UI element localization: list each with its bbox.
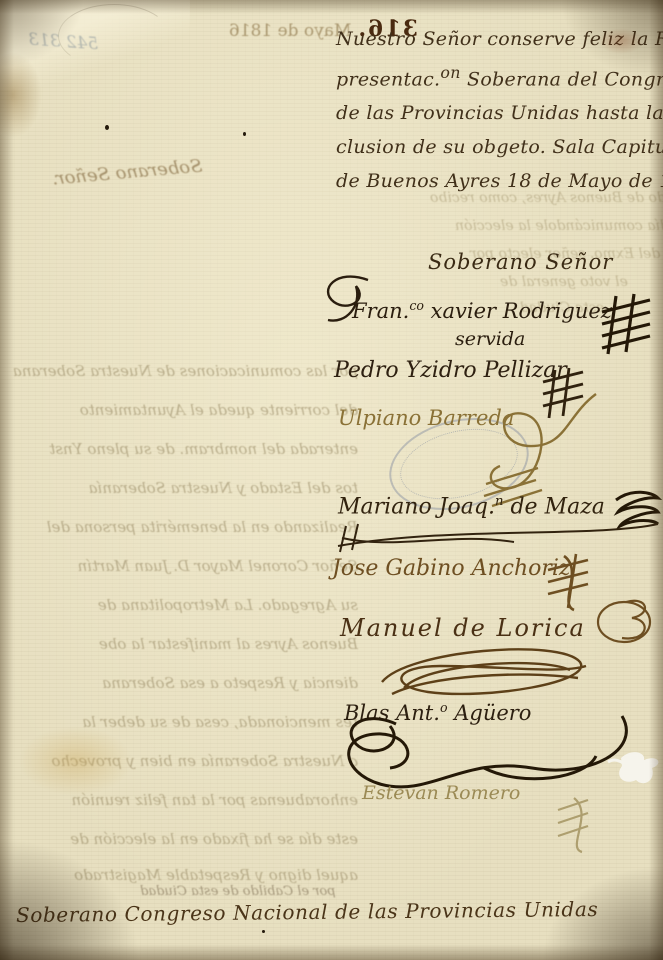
letter-text: Nuestro Señor conserve feliz la Re prese… — [336, 22, 663, 198]
bleedthrough-left-line: diencia y Respeto a esa Soberana — [0, 674, 358, 692]
bleedthrough-left-line: tes mencionada, cesa de su deber la — [0, 713, 358, 731]
bleedthrough-left-line: por las comunicaciones de Nuestra Sobera… — [0, 362, 358, 380]
bleedthrough-left-line: a Nuestra Soberanía en bien y provecho — [0, 752, 358, 770]
bleedthrough-left-line: del corriente queda el Ayuntamiento — [0, 401, 358, 419]
bleedthrough-left-line: Buenos Ayres al manifestar la obe — [0, 635, 358, 653]
bleedthrough-right-line: y día comunicándole la elección — [455, 218, 663, 234]
bleedthrough-left-line: tos del Estado y Nuestra Soberanía — [0, 479, 358, 497]
signature-rodriguez: Fran.co xavier Rodriguez — [352, 298, 612, 323]
bleedthrough-left-line: Realizando en la benemérita persona del — [0, 518, 358, 536]
ink-speck — [262, 930, 265, 933]
bleedthrough-right-line: el voto general de — [500, 274, 628, 290]
lorica-rubric-loops — [368, 636, 602, 706]
ink-speck — [105, 125, 109, 130]
rodriguez-rubric-hatch — [594, 292, 656, 360]
maza-underline-strokes — [332, 518, 662, 554]
letter-line-2: presentac.on Soberana del Congre — [336, 56, 663, 96]
anchoriz-rubric-hatch — [540, 552, 594, 616]
signature-rodriguez-name: xavier Rodriguez — [424, 299, 612, 323]
signature-rodriguez-superscript: co — [409, 298, 424, 313]
stamp-date: Mayo de 1816 — [229, 21, 351, 41]
ink-speck — [243, 132, 246, 136]
bleedthrough-left-line: enhorabuenas por la tan feliz reunión — [0, 791, 358, 809]
bleedthrough-right-line: Cabildo de Buenos Ayres, como recibo — [430, 190, 663, 206]
letter-line-3: de las Provincias Unidas hasta la con — [336, 96, 663, 130]
letter-line-1: Nuestro Señor conserve feliz la Re — [336, 22, 663, 56]
letter-line-2-rest: Soberana del Congre — [461, 68, 663, 90]
footer-bleedthrough-fragment: por el Cabildo de esta Ciudad — [140, 884, 336, 899]
bleedthrough-left-line: Señor Coronel Mayor D. Juan Martín — [0, 557, 358, 575]
signature-maza: Mariano Joaq.n de Maza — [338, 494, 605, 519]
document-heading: Soberano Señor — [428, 250, 613, 274]
letter-line-2-superscript: on — [440, 63, 460, 82]
salutation-bleedthrough: Soberano Señor. — [51, 155, 203, 189]
bleedthrough-left-line: enterada del nombram. de su pleno Ynst — [0, 440, 358, 458]
footer-address-line: Soberano Congreso Nacional de las Provin… — [16, 897, 599, 927]
bleedthrough-left-line: aquel digno y Respetable Magistrado — [0, 866, 358, 884]
signature-rodriguez-prefix: Fran. — [352, 299, 409, 323]
signature-rodriguez-flourish-word: servida — [455, 328, 525, 350]
paper-damage-blotch — [606, 740, 662, 796]
letter-line-4: clusion de su obgeto. Sala Capitular — [336, 130, 663, 164]
bleedthrough-left-line: su Agregado. La Metropolitana de — [0, 596, 358, 614]
signature-maza-prefix: Mariano Joaq. — [338, 494, 495, 519]
estevan-rubric — [548, 794, 596, 856]
signature-estevan: Estevan Romero — [362, 782, 520, 804]
signature-anchoriz: Jose Gabino Anchoriz — [332, 556, 571, 581]
bleedthrough-left-line: este día se ha fixado en la elección de — [0, 830, 358, 848]
signature-pellizar: Pedro Yzidro Pellizar — [334, 358, 567, 383]
manuscript-page: 542 313 316. Mayo de 1816 Nuestro Señor … — [0, 0, 663, 960]
letter-line-2-word: presentac. — [336, 68, 440, 90]
signature-maza-name: de Maza — [503, 494, 604, 519]
